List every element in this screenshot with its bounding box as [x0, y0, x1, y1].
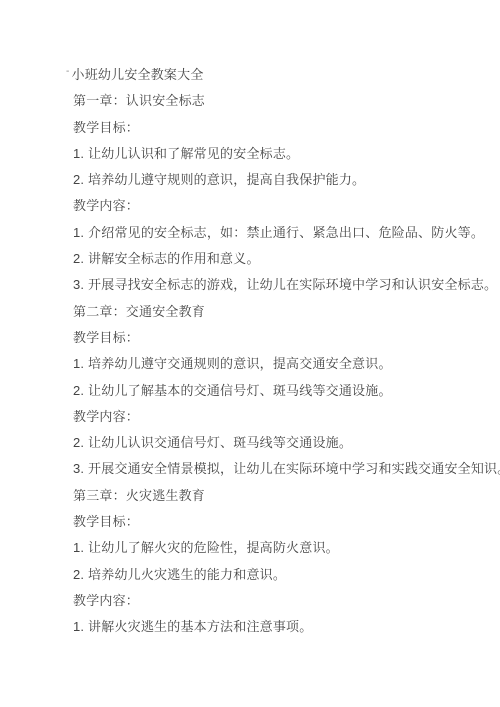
document-title-line: -小班幼儿安全教案大全	[73, 59, 480, 88]
chapter-3-objective-item: 1. 让幼儿了解火灾的危险性，提高防火意识。	[73, 535, 480, 561]
chapter-3-objectives-label: 教学目标：	[73, 509, 480, 535]
chapter-2-content-item: 3. 开展交通安全情景模拟，让幼儿在实际环境中学习和实践交通安全知识。	[73, 456, 480, 482]
chapter-1-objective-item: 1. 让幼儿认识和了解常见的安全标志。	[73, 141, 480, 167]
chapter-1-objective-item: 2. 培养幼儿遵守规则的意识，提高自我保护能力。	[73, 167, 480, 193]
chapter-2-content-label: 教学内容：	[73, 404, 480, 430]
chapter-1-content-label: 教学内容：	[73, 193, 480, 219]
document-page: -小班幼儿安全教案大全 第一章：认识安全标志 教学目标： 1. 让幼儿认识和了解…	[0, 0, 500, 707]
document-title: 小班幼儿安全教案大全	[72, 67, 204, 82]
chapter-3-content-label: 教学内容：	[73, 588, 480, 614]
chapter-2-objectives-label: 教学目标：	[73, 325, 480, 351]
title-mark: -	[66, 59, 70, 85]
document-content: -小班幼儿安全教案大全 第一章：认识安全标志 教学目标： 1. 让幼儿认识和了解…	[0, 0, 500, 641]
chapter-2-content-item: 2. 让幼儿认识交通信号灯、斑马线等交通设施。	[73, 430, 480, 456]
chapter-3-heading: 第三章：火灾逃生教育	[73, 483, 480, 509]
chapter-2-heading: 第二章：交通安全教育	[73, 299, 480, 325]
chapter-1-heading: 第一章：认识安全标志	[73, 88, 480, 114]
chapter-3-content-item: 1. 讲解火灾逃生的基本方法和注意事项。	[73, 614, 480, 640]
chapter-1-content-item: 1. 介绍常见的安全标志，如：禁止通行、紧急出口、危险品、防火等。	[73, 220, 480, 246]
chapter-1-content-item: 2. 讲解安全标志的作用和意义。	[73, 246, 480, 272]
chapter-1-content-item: 3. 开展寻找安全标志的游戏，让幼儿在实际环境中学习和认识安全标志。	[73, 272, 480, 298]
chapter-3-objective-item: 2. 培养幼儿火灾逃生的能力和意识。	[73, 562, 480, 588]
chapter-2-objective-item: 1. 培养幼儿遵守交通规则的意识，提高交通安全意识。	[73, 351, 480, 377]
chapter-2-objective-item: 2. 让幼儿了解基本的交通信号灯、斑马线等交通设施。	[73, 378, 480, 404]
chapter-1-objectives-label: 教学目标：	[73, 115, 480, 141]
